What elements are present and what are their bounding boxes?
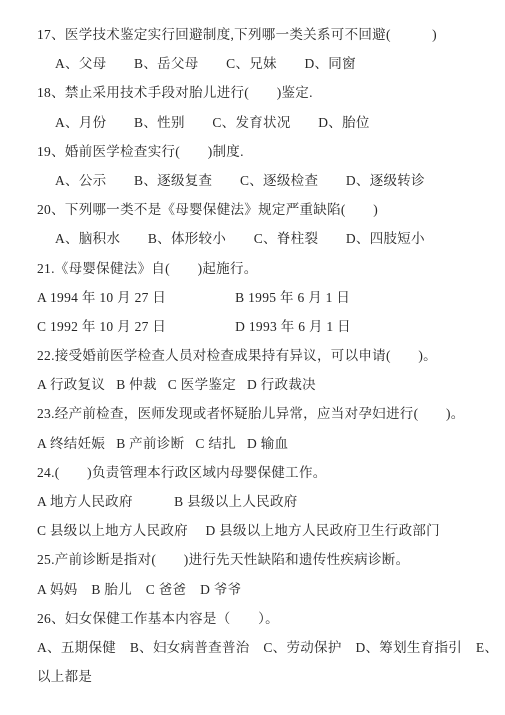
option-line: A、五期保健 B、妇女病普查普治 C、劳动保护 D、筹划生育指引 E、: [37, 633, 497, 662]
option-line: A 1994 年 10 月 27 日 B 1995 年 6 月 1 日: [37, 283, 497, 312]
option-line: C 县级以上地方人民政府 D 县级以上地方人民政府卫生行政部门: [37, 516, 497, 545]
question-line: 19、婚前医学检查实行( )制度.: [37, 137, 497, 166]
question-line: 21.《母婴保健法》自( )起施行。: [37, 254, 497, 283]
option-line: C 1992 年 10 月 27 日 D 1993 年 6 月 1 日: [37, 312, 497, 341]
option-line: A、公示 B、逐级复查 C、逐级检查 D、逐级转诊: [37, 166, 497, 195]
question-line: 22.接受婚前医学检查人员对检查成果持有异议，可以申请( )。: [37, 341, 497, 370]
option-line: A、月份 B、性别 C、发育状况 D、胎位: [37, 108, 497, 137]
exam-question-sheet: 17、医学技术鉴定实行回避制度,下列哪一类关系可不回避( )A、父母 B、岳父母…: [0, 0, 505, 715]
lines-container: 17、医学技术鉴定实行回避制度,下列哪一类关系可不回避( )A、父母 B、岳父母…: [37, 20, 497, 691]
option-line: A 行政复议 B 仲裁 C 医学鉴定 D 行政裁决: [37, 370, 497, 399]
option-line: A、脑积水 B、体形较小 C、脊柱裂 D、四肢短小: [37, 224, 497, 253]
option-line: A 妈妈 B 胎儿 C 爸爸 D 爷爷: [37, 575, 497, 604]
option-line: A 地方人民政府 B 县级以上人民政府: [37, 487, 497, 516]
question-line: 26、妇女保健工作基本内容是（ ）。: [37, 604, 497, 633]
question-line: 24.( )负责管理本行政区域内母婴保健工作。: [37, 458, 497, 487]
document-page: { "page": { "background_color": "#ffffff…: [0, 0, 505, 715]
question-line: 20、下列哪一类不是《母婴保健法》规定严重缺陷( ): [37, 195, 497, 224]
question-line: 17、医学技术鉴定实行回避制度,下列哪一类关系可不回避( ): [37, 20, 497, 49]
option-line: A、父母 B、岳父母 C、兄妹 D、同窗: [37, 49, 497, 78]
option-continuation-line: 以上都是: [37, 662, 497, 691]
question-line: 25.产前诊断是指对( )进行先天性缺陷和遗传性疾病诊断。: [37, 545, 497, 574]
question-line: 23.经产前检查，医师发现或者怀疑胎儿异常，应当对孕妇进行( )。: [37, 399, 497, 428]
question-line: 18、禁止采用技术手段对胎儿进行( )鉴定.: [37, 78, 497, 107]
option-line: A 终结妊娠 B 产前诊断 C 结扎 D 输血: [37, 429, 497, 458]
